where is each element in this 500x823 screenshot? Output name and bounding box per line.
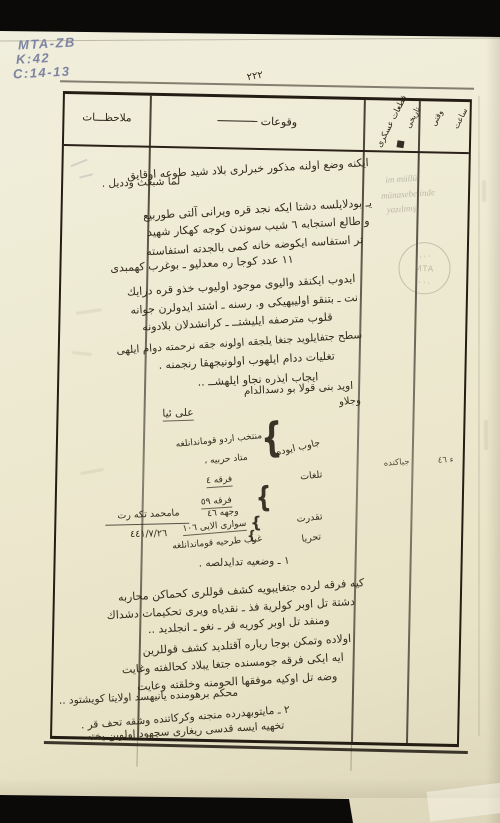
signature-rule: [105, 523, 189, 526]
handwriting-line: لما شبعث ودديل .: [90, 176, 180, 189]
ink-blot: [396, 140, 404, 148]
datetime-header-date: تاریخی: [403, 105, 421, 129]
signature: مامحمد تكه رت: [119, 508, 179, 520]
pencil-note-line: münasebetinde: [381, 187, 436, 201]
datetime-header-hour: ساعت: [452, 107, 470, 130]
pencil-note-line: yazılmış: [386, 203, 416, 215]
document-paper: MTA-ZB K:42 C:14-13 ٢٢٢ ملاحظـــات وقوعا…: [0, 0, 500, 823]
header-dash: [218, 120, 258, 122]
brace: {: [247, 530, 257, 544]
datetime-header-time: وقتی: [429, 108, 445, 127]
datetime-entry: ء ٤٦: [425, 456, 453, 466]
scanned-document-photo: MTA-ZB K:42 C:14-13 ٢٢٢ ملاحظـــات وقوعا…: [0, 0, 500, 823]
stamp-center-text: MTA: [399, 264, 449, 274]
remarks-column-header: ملاحظـــات: [64, 111, 149, 125]
list-item-text: فرقه ٤: [206, 474, 233, 488]
events-column-header: وقوعات: [192, 114, 322, 130]
pencil-note-line: im müllü: [385, 173, 417, 185]
paper-shading: [0, 778, 500, 798]
list-label: تلغات: [292, 470, 323, 483]
list-item-text: سوارى الايى ١٠٦: [182, 519, 247, 536]
list-label: تحريا: [293, 532, 322, 545]
page-number: ٢٢٢: [246, 70, 264, 84]
archive-code-line: C:14-13: [13, 64, 71, 82]
date-note: ٤٤١/٧/٢٦: [111, 529, 167, 540]
stamp-arc-top: ، ، ،: [400, 249, 450, 261]
signature-text: على ئيا: [162, 407, 194, 422]
list-label: تقدرت: [292, 512, 323, 525]
bleed-through-mark: [484, 420, 488, 450]
military-unit-entry: جباكنده: [369, 458, 409, 469]
stamp-arc-bottom: ، ، ،: [399, 275, 450, 288]
paper-shading: [486, 31, 500, 823]
right-margin-crease: [478, 96, 480, 736]
list-item: متاد حربيه ،: [180, 454, 249, 469]
signature: على ئيا: [143, 408, 193, 420]
page-top-rule: [60, 80, 474, 89]
bleed-through-mark: [482, 180, 486, 202]
list-item: فرقه ٤: [184, 475, 232, 487]
bottom-double-rule: [44, 741, 468, 753]
log-table: ملاحظـــات وقوعات قطعات عسكری ساعت وقتی …: [50, 91, 472, 747]
faint-round-stamp: ، ، ، MTA ، ، ،: [398, 242, 451, 295]
datetime-column-header: ساعت وقتی تاریخی: [418, 107, 473, 150]
list-item: منتخب اردو قوماندانلغه: [170, 432, 262, 450]
brace: {: [255, 484, 272, 514]
events-header-label: وقوعات: [261, 115, 298, 129]
numbered-item: ١ ـ وضعيه تدايدلصه .: [168, 556, 290, 570]
handwriting-word: وجلاو: [329, 396, 362, 409]
